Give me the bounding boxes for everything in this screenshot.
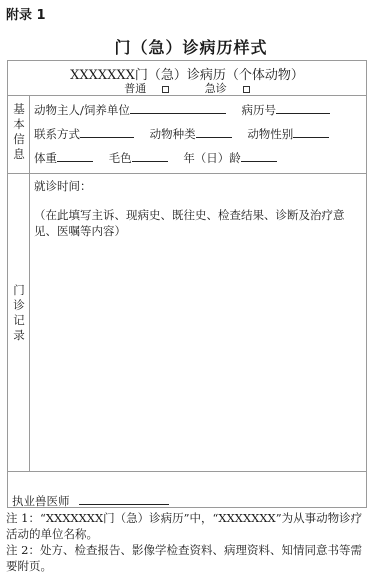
field-age-label: 年（日）龄	[183, 151, 241, 165]
document-title: 门（急）诊病历样式	[0, 35, 382, 58]
field-age-blank[interactable]	[241, 151, 277, 162]
field-species-label: 动物种类	[150, 127, 196, 141]
info-row-3: 体重 毛色 年（日）龄	[34, 150, 289, 166]
outpatient-record-section-label: 门 诊 记 录	[8, 283, 30, 343]
field-weight-blank[interactable]	[57, 151, 93, 162]
field-species[interactable]: 动物种类	[150, 126, 232, 142]
info-row-2: 联系方式 动物种类 动物性别	[34, 126, 341, 142]
label-char: 息	[8, 147, 30, 162]
vet-signature-blank[interactable]	[79, 494, 169, 505]
field-contact-label: 联系方式	[34, 127, 80, 141]
label-char: 本	[8, 117, 30, 132]
medical-record-form: XXXXXXX门（急）诊病历（个体动物） 普通 急诊 基 本 信 息 动物主人/…	[7, 60, 367, 508]
visit-type-options: 普通 急诊	[8, 80, 366, 96]
field-owner[interactable]: 动物主人/饲养单位	[34, 102, 226, 118]
visit-type-normal-label: 普通	[124, 82, 146, 95]
label-char: 基	[8, 102, 30, 117]
note-2: 注 2：处方、检查报告、影像学检查资料、病理资料、知情同意书等需要附页。	[6, 542, 372, 574]
label-char: 记	[8, 313, 30, 328]
vet-signature-label: 执业兽医师	[12, 494, 70, 508]
vet-signature-row: 执业兽医师	[12, 493, 169, 509]
field-record-number[interactable]: 病历号	[242, 102, 331, 118]
divider	[8, 471, 366, 472]
label-char: 录	[8, 328, 30, 343]
basic-info-section-label: 基 本 信 息	[8, 102, 30, 162]
field-weight-label: 体重	[34, 151, 57, 165]
appendix-label: 附录 1	[6, 4, 46, 23]
field-age[interactable]: 年（日）龄	[183, 150, 277, 166]
field-record-number-label: 病历号	[242, 103, 277, 117]
notes: 注 1：“XXXXXXX门（急）诊病历”中，“XXXXXXX”为从事动物诊疗活动…	[6, 510, 372, 574]
visit-type-normal[interactable]: 普通	[116, 82, 177, 95]
field-owner-label: 动物主人/饲养单位	[34, 103, 130, 117]
label-char: 信	[8, 132, 30, 147]
divider	[8, 95, 366, 96]
field-contact[interactable]: 联系方式	[34, 126, 134, 142]
field-species-blank[interactable]	[196, 127, 232, 138]
label-char: 门	[8, 283, 30, 298]
field-coat-color-label: 毛色	[109, 151, 132, 165]
divider	[8, 173, 366, 174]
field-coat-color[interactable]: 毛色	[109, 150, 168, 166]
checkbox-icon[interactable]	[243, 86, 250, 93]
visit-type-emergency[interactable]: 急诊	[197, 82, 258, 95]
field-weight[interactable]: 体重	[34, 150, 93, 166]
field-sex-label: 动物性别	[247, 127, 293, 141]
checkbox-icon[interactable]	[162, 86, 169, 93]
visit-time-label: 就诊时间：	[34, 178, 360, 194]
info-row-1: 动物主人/饲养单位 病历号	[34, 102, 342, 118]
label-char: 诊	[8, 298, 30, 313]
field-sex-blank[interactable]	[293, 127, 329, 138]
record-instruction[interactable]: （在此填写主诉、现病史、既往史、检查结果、诊断及治疗意见、医嘱等内容）	[34, 207, 360, 239]
visit-type-emergency-label: 急诊	[205, 82, 227, 95]
field-owner-blank[interactable]	[130, 103, 226, 114]
note-1: 注 1：“XXXXXXX门（急）诊病历”中，“XXXXXXX”为从事动物诊疗活动…	[6, 510, 372, 542]
field-sex[interactable]: 动物性别	[247, 126, 329, 142]
field-contact-blank[interactable]	[80, 127, 134, 138]
field-coat-color-blank[interactable]	[132, 151, 168, 162]
field-record-number-blank[interactable]	[276, 103, 330, 114]
